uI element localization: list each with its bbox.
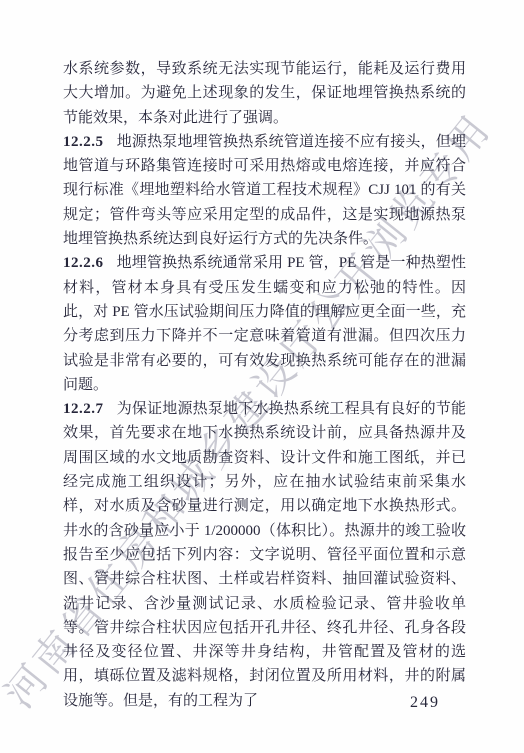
paragraph-text: 地埋管换热系统通常采用 PE 管，PE 管是一种热塑性材料，管材本身具有受压发生… xyxy=(63,255,466,392)
paragraph-continuation: 水系统参数，导致系统无法实现节能运行，能耗及运行费用大大增加。为避免上述现象的发… xyxy=(63,57,466,130)
paragraph-12-2-6: 12.2.6地埋管换热系统通常采用 PE 管，PE 管是一种热塑性材料，管材本身… xyxy=(63,251,466,397)
section-number: 12.2.5 xyxy=(63,134,104,150)
section-number: 12.2.6 xyxy=(63,255,104,271)
document-page: 河南省住房和城乡建设厅公开浏览专用 水系统参数，导致系统无法实现节能运行，能耗及… xyxy=(0,0,524,753)
paragraph-12-2-7: 12.2.7为保证地源热泵地下水换热系统工程具有良好的节能效果，首先要求在地下水… xyxy=(63,397,466,713)
page-number: 249 xyxy=(410,694,440,712)
paragraph-12-2-5: 12.2.5地源热泵地埋管换热系统管道连接不应有接头，但埋地管道与环路集管连接时… xyxy=(63,130,466,251)
paragraph-text: 水系统参数，导致系统无法实现节能运行，能耗及运行费用大大增加。为避免上述现象的发… xyxy=(63,61,466,126)
page-content: 水系统参数，导致系统无法实现节能运行，能耗及运行费用大大增加。为避免上述现象的发… xyxy=(63,57,466,713)
paragraph-text: 地源热泵地埋管换热系统管道连接不应有接头，但埋地管道与环路集管连接时可采用热熔或… xyxy=(63,134,466,247)
section-number: 12.2.7 xyxy=(63,401,104,417)
paragraph-text: 为保证地源热泵地下水换热系统工程具有良好的节能效果，首先要求在地下水换热系统设计… xyxy=(63,401,466,709)
